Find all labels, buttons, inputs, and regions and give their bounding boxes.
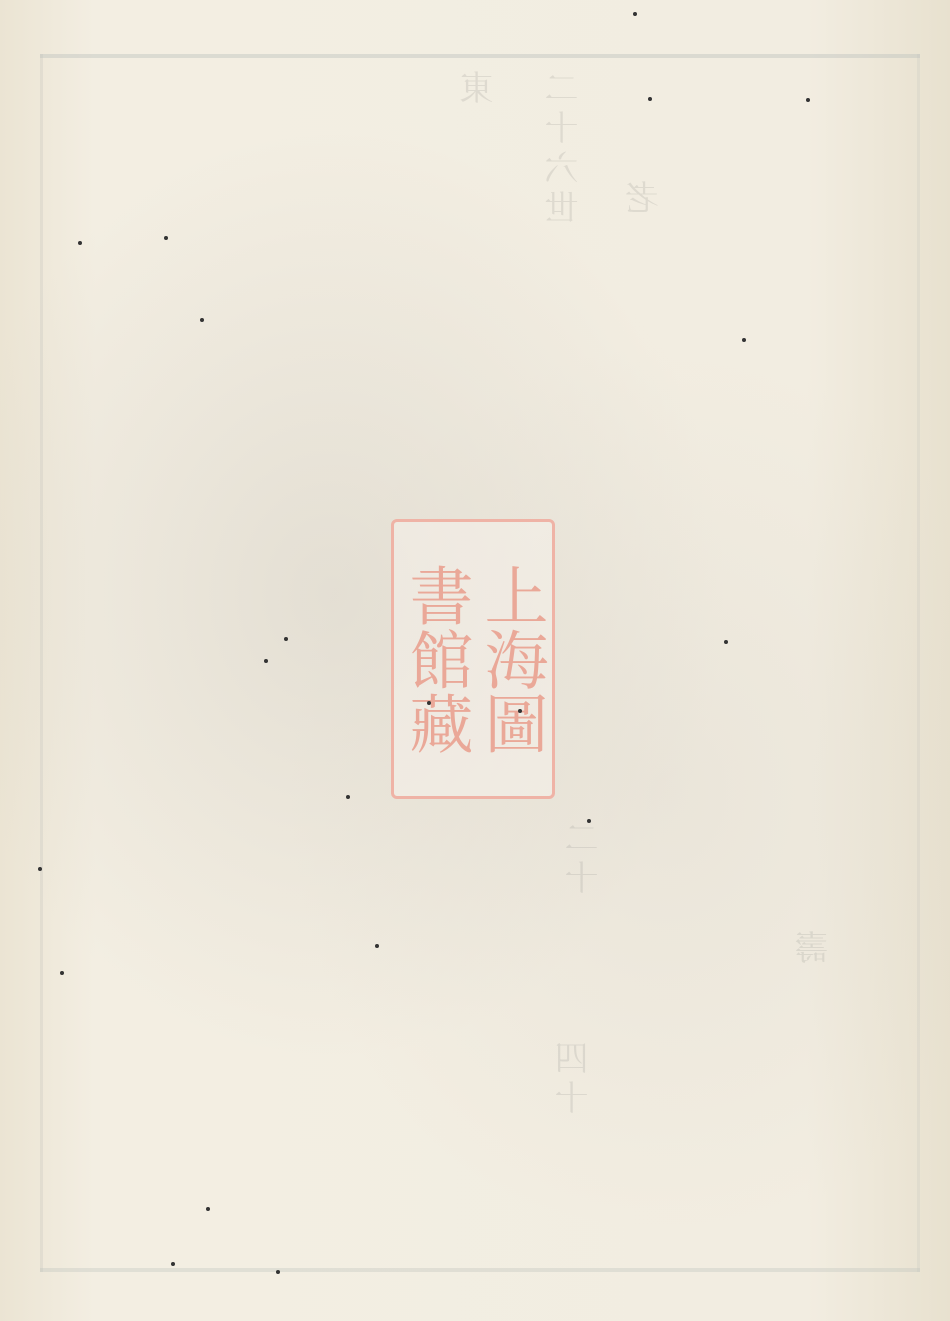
ink-speck bbox=[171, 1262, 175, 1266]
ink-speck bbox=[648, 97, 652, 101]
faded-text-column: 老 bbox=[620, 180, 669, 220]
faded-text-column: 四十 bbox=[550, 1040, 599, 1120]
border-line-top bbox=[40, 54, 920, 58]
ink-speck bbox=[346, 795, 350, 799]
ink-speck bbox=[518, 709, 522, 713]
ink-speck bbox=[206, 1207, 210, 1211]
ink-speck bbox=[60, 971, 64, 975]
ink-speck bbox=[724, 640, 728, 644]
ink-speck bbox=[78, 241, 82, 245]
ink-speck bbox=[38, 867, 42, 871]
ink-speck bbox=[587, 819, 591, 823]
seal-column-right: 上海圖 bbox=[479, 528, 543, 790]
ink-speck bbox=[806, 98, 810, 102]
border-line-right bbox=[917, 54, 920, 1272]
seal-text-right: 上海圖 bbox=[479, 563, 543, 755]
ink-speck bbox=[633, 12, 637, 16]
ink-speck bbox=[276, 1270, 280, 1274]
ink-speck bbox=[375, 944, 379, 948]
ink-speck bbox=[284, 637, 288, 641]
ink-speck bbox=[742, 338, 746, 342]
ink-speck bbox=[427, 701, 431, 705]
library-seal: 上海圖 書館藏 bbox=[391, 519, 555, 799]
border-line-left bbox=[40, 54, 43, 1272]
ink-speck bbox=[200, 318, 204, 322]
seal-column-left: 書館藏 bbox=[404, 528, 468, 790]
faded-text-column: 二十六世 bbox=[540, 70, 589, 230]
faded-text-column: 東 bbox=[455, 70, 504, 110]
faded-text-column: 壽 bbox=[790, 930, 839, 970]
seal-text-left: 書館藏 bbox=[404, 563, 468, 755]
ink-speck bbox=[164, 236, 168, 240]
faded-text-column: 二十 bbox=[560, 820, 609, 900]
scanned-page: 二十六世 東 老 壽 四十 二十 上海圖 書館藏 bbox=[0, 0, 950, 1321]
border-line-bottom bbox=[40, 1268, 920, 1272]
ink-speck bbox=[264, 659, 268, 663]
